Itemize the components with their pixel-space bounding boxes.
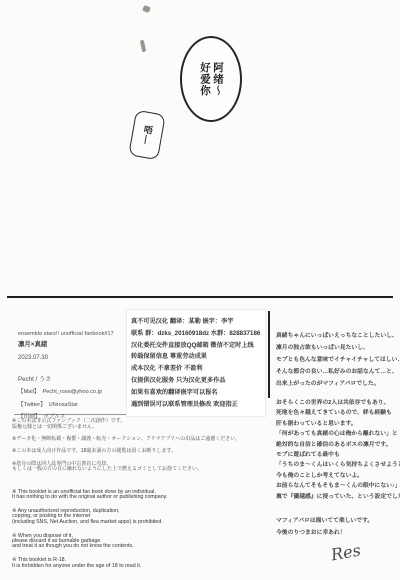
scanlation-credits: 真不可见汉化 翻译：某勒 嵌字：李宇联系 群：dzks_20160918dz 水… [131, 316, 265, 410]
mail-row: 【Mail】Pecht_rose@yhoo.co.jp [18, 387, 130, 395]
scan-ink-speck [140, 40, 146, 53]
mail-label: 【Mail】 [18, 389, 39, 395]
afterword-line: 今も俺のことしか考えてないよ。 [276, 471, 400, 481]
afterword-line: 死地を色々越えてきているので、絆も経験も [276, 408, 400, 418]
afterword-line: 「何があっても真緒の心は俺から離れない」と [276, 429, 400, 439]
en-notice-no-reproduction: ※ Any unauthorized reproduction, duplica… [12, 509, 230, 525]
scanlation-credits-box: 真不可见汉化 翻译：某勒 嵌字：李宇联系 群：dzks_20160918dz 水… [126, 309, 266, 417]
en-notice-disposal: ※ When you dispose of it,please discard … [12, 534, 230, 550]
disclaimer-notices: ※この本は非公式ファンブック（二次創作）です。版権元様とは一切関係ございません。… [12, 419, 230, 578]
small-speech-bubble: 唔— [128, 110, 166, 161]
publication-credits: ensemble stars!! unofficial fanbook#17 凛… [18, 331, 130, 420]
notice-line: and treat it as though you do not know t… [12, 544, 230, 549]
speech-bubble-line: 阿绪〜 [211, 62, 224, 97]
afterword-line: そんな都合の良い…私好みのお話なんて…と、 [276, 366, 400, 378]
en-notice-r18: ※ This booklet is R-18.It is forbidden f… [12, 558, 230, 568]
en-notice-unofficial: ※ This booklet is an unofficial fan book… [12, 490, 230, 500]
afterword-column: 真緒ちゃんにいっぱいえっちなことしたいし、凛月の独占欲もいっぱい見たいし、モブと… [276, 330, 400, 539]
notice-line: もしくは一般の方の目に触れないようにした上で燃えるゴミとしてお捨てください。 [12, 467, 230, 473]
small-bubble-text: 唔— [140, 124, 153, 145]
scanlation-line: 仅提供汉化服务 只为汉化更多作品 [131, 375, 265, 387]
jp-notice-disposal: ※処分の際は同人誌専門の中古書店に売却、もしくは一般の方の目に触れないようにした… [12, 462, 230, 474]
afterword-line: 凛月の独占欲もいっぱい見たいし、 [276, 342, 400, 354]
jp-notice-no-reproduction: ※データ化・無断転載・複製・譲渡・転売・オークション、フリマアプリへの出品はご遠… [12, 437, 230, 443]
afterword-line: 今後のりつまおに幸あれ！ [276, 527, 400, 539]
mail-address: Pecht_rose@yhoo.co.jp [42, 389, 101, 395]
notice-line: It has nothing to do with the original a… [12, 495, 230, 500]
afterword-paragraph-1: 真緒ちゃんにいっぱいえっちなことしたいし、凛月の独占欲もいっぱい見たいし、モブと… [276, 330, 400, 390]
afterword-line: モブとも色んな意味でイチャイチャしてほしい… [276, 354, 400, 366]
afterword-line: 真緒ちゃんにいっぱいえっちなことしたいし、 [276, 330, 400, 342]
scanlation-line: 联系 群：dzks_20160918dz 水群：828837186 [131, 328, 265, 340]
afterword-line: 出来上がったのがマフィアパロでした。 [276, 378, 400, 390]
afterword-line: 絶対的な自信と確信のあるボスの凛月です。 [276, 440, 400, 450]
doujinshi-colophon-page: 阿绪〜好爱你 唔— ensemble stars!! unofficial fa… [0, 0, 400, 580]
jp-notice-adult-only: ※この本は成人向け作品です。18歳未満の方の閲覧は固くお断りします。 [12, 449, 230, 455]
pairing-label: 凛月×真緒 [18, 339, 130, 348]
horizontal-divider [7, 296, 393, 298]
notice-line: 版権元様とは一切関係ございません。 [12, 425, 230, 431]
release-date: 2023.07.30 [18, 355, 130, 361]
twitter-label: 【Twitter】 [18, 402, 46, 408]
jp-notice-unofficial: ※この本は非公式ファンブック（二次創作）です。版権元様とは一切関係ございません。 [12, 419, 230, 431]
scanlation-line: 转载保留信息 尊重劳动成果 [131, 351, 265, 363]
scanlation-line: 汉化委托交件直接放QQ邮箱 微信不定时上线 [131, 340, 265, 352]
afterword-line: モブに遊ばれてる最中も [276, 450, 400, 460]
afterword-line: 肝も据わっていると思います。 [276, 419, 400, 429]
speech-bubble-line: 好爱你 [198, 62, 211, 97]
twitter-handle: UNrosaStar [49, 402, 78, 408]
scanlation-line: 遇到错误可以联系管理员修改 欢迎指正 [131, 399, 265, 411]
afterword-line: お前らなんてそもそもま〜くんの眼中にない♪」と [276, 481, 400, 491]
scanlation-line: 成本汉化 不拿差价 不盈利 [131, 363, 265, 375]
afterword-paragraph-3: マフィアパロは描いてて楽しいです。今後のりつまおに幸あれ！ [276, 515, 400, 539]
speech-bubble-text: 阿绪〜好爱你 [198, 62, 224, 97]
notice-line: ※この本は成人向け作品です。18歳未満の方の閲覧は固くお断りします。 [12, 449, 230, 455]
notice-line: (including SNS, Net Auction, and flea ma… [12, 520, 230, 525]
scanlation-line: 真不可见汉化 翻译：某勒 嵌字：李宇 [131, 316, 265, 328]
fanbook-series-title: ensemble stars!! unofficial fanbook#17 [18, 331, 130, 338]
afterword-line: おそらくこの世界の2人は共依存でもあり、 [276, 398, 400, 408]
afterword-line: 「うちのま〜くんはいくら気持ちよくさせようとも [276, 460, 400, 470]
speech-bubble: 阿绪〜好爱你 [180, 36, 242, 122]
afterword-line: マフィアパロは描いてて楽しいです。 [276, 515, 400, 527]
notice-line: ※データ化・無断転載・複製・譲渡・転売・オークション、フリマアプリへの出品はご遠… [12, 437, 230, 443]
notice-line: It is forbidden for anyone under the age… [12, 564, 230, 569]
afterword-line: 裏で『優越感』に浸っていた、という設定でした。 [276, 492, 400, 502]
artist-signature: Res [330, 541, 363, 565]
afterword-paragraph-2: おそらくこの世界の2人は共依存でもあり、死地を色々越えてきているので、絆も経験も… [276, 398, 400, 502]
author-name: Pecht / うさ [18, 374, 130, 383]
scanlation-line: 如果有喜欢的翻译嵌字可以报名 [131, 387, 265, 399]
twitter-row: 【Twitter】UNrosaStar [18, 400, 130, 408]
vertical-divider [268, 311, 270, 398]
scan-ink-speck [142, 5, 151, 13]
